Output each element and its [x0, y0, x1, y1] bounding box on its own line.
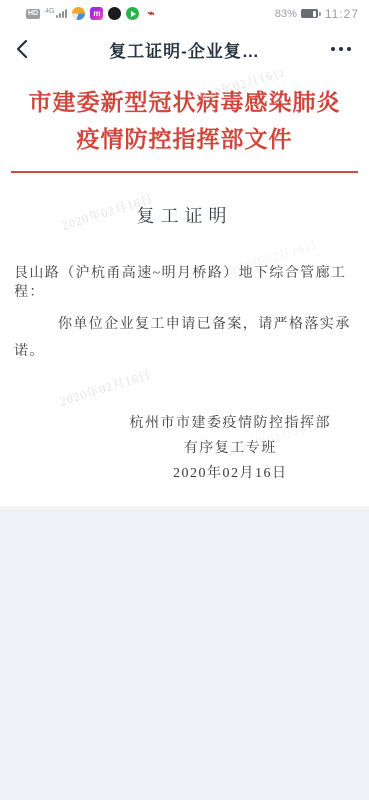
clock: 11:27: [325, 7, 359, 21]
video-play-icon: [126, 7, 139, 20]
phone-screen: HD 4G m ⌁ 83% 11:27 复工证明-企业复…: [0, 0, 369, 800]
status-bar-right: 83% 11:27: [275, 7, 359, 21]
signature-date: 2020年02月16日: [130, 461, 332, 486]
chevron-left-icon: [16, 39, 28, 59]
battery-icon: [301, 9, 321, 18]
red-app-icon: ⌁: [144, 7, 157, 20]
more-dots-icon: [331, 47, 336, 52]
recipient-line: 艮山路（沪杭甬高速~明月桥路）地下综合管廊工程：: [14, 264, 355, 302]
status-bar: HD 4G m ⌁ 83% 11:27: [0, 0, 369, 27]
browser-icon: [72, 7, 85, 20]
back-button[interactable]: [16, 34, 46, 64]
battery-percent: 83%: [275, 8, 297, 20]
document-sheet: 2020年02月16日 2020年02月16日 2020年02月16日 2020…: [0, 71, 369, 511]
network-label: 4G: [45, 8, 54, 15]
date-watermark: 2020年02月16日: [58, 365, 154, 409]
page-title: 复工证明-企业复…: [0, 37, 369, 62]
m-app-icon: m: [90, 7, 103, 20]
signal-4g-icon: 4G: [45, 9, 67, 18]
document-title: 复工证明: [0, 202, 369, 228]
document-body: 艮山路（沪杭甬高速~明月桥路）地下综合管廊工程： 你单位企业复工申请已备案，请严…: [14, 264, 355, 365]
more-menu-button[interactable]: [329, 41, 354, 58]
status-bar-left: HD 4G m ⌁: [26, 7, 157, 20]
hd-icon: HD: [26, 9, 40, 19]
signature-block: 杭州市市建委疫情防控指挥部 有序复工专班 2020年02月16日: [130, 411, 332, 486]
chat-bubble-icon: [108, 7, 121, 20]
nav-bar: 复工证明-企业复…: [0, 27, 369, 71]
red-divider: [11, 171, 358, 173]
signature-org: 杭州市市建委疫情防控指挥部: [130, 411, 332, 436]
signature-team: 有序复工专班: [130, 436, 332, 461]
document-header-title: 市建委新型冠状病毒感染肺炎疫情防控指挥部文件: [17, 84, 352, 158]
body-paragraph: 你单位企业复工申请已备案，请严格落实承诺。: [14, 311, 355, 365]
